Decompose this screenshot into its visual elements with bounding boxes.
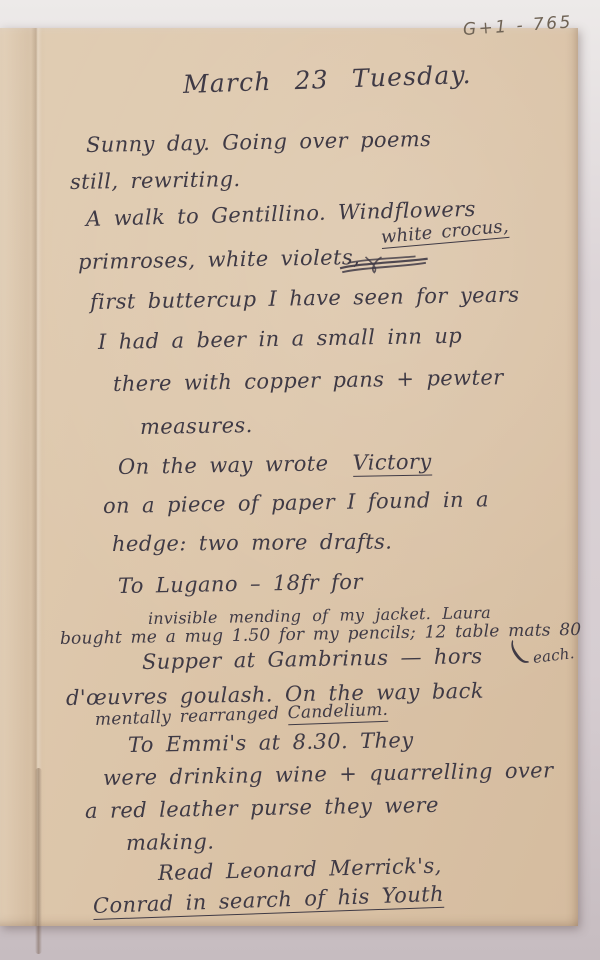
line-text: On the way wrote bbox=[118, 451, 329, 479]
handwritten-line: on a piece of paper I found in a bbox=[103, 487, 489, 518]
underlined-title-victory: Victory bbox=[352, 450, 432, 477]
archive-number: G+1 - 765 bbox=[462, 12, 573, 40]
handwritten-line: hedge: two more drafts. bbox=[112, 530, 393, 556]
scribble-strokes bbox=[337, 252, 430, 277]
handwritten-line: Sunny day. Going over poems bbox=[86, 127, 432, 157]
handwritten-line: To Emmi's at 8.30. They bbox=[128, 728, 414, 757]
underlined-title-conrad: Conrad in search of his Youth bbox=[93, 882, 445, 920]
handwritten-line: Conrad in search of his Youth bbox=[93, 882, 445, 918]
manuscript-page: G+1 - 765 March 23 Tuesday. Sunny day. G… bbox=[0, 28, 578, 926]
handwritten-line: a red leather purse they were bbox=[85, 793, 439, 823]
handwritten-wrap-word: each. bbox=[532, 644, 576, 667]
scanner-background: { "colors": { "ink": "#3f3a45", "pencil"… bbox=[0, 0, 600, 960]
handwritten-line: making. bbox=[126, 829, 215, 855]
handwritten-line: I had a beer in a small inn up bbox=[98, 324, 463, 354]
handwritten-line: On the way wrote Victory bbox=[118, 450, 432, 479]
handwritten-line: there with copper pans + pewter bbox=[113, 365, 504, 396]
handwritten-line: Supper at Gambrinus — hors bbox=[142, 644, 483, 674]
wrap-bracket: ( bbox=[501, 637, 535, 669]
strikethrough-scribble bbox=[337, 252, 430, 281]
underlined-word-candelium: Candelium. bbox=[287, 700, 388, 725]
handwritten-line: To Lugano – 18fr for bbox=[118, 570, 363, 598]
entry-date-heading: March 23 Tuesday. bbox=[182, 60, 472, 99]
handwritten-line: first buttercup I have seen for years bbox=[90, 283, 520, 314]
fold-crease-lower bbox=[35, 768, 42, 954]
handwritten-line: still, rewriting. bbox=[70, 167, 241, 194]
handwritten-line: measures. bbox=[140, 413, 253, 439]
handwritten-line: primroses, white violets, bbox=[78, 245, 361, 274]
handwritten-line: were drinking wine + quarrelling over bbox=[103, 758, 554, 790]
handwritten-line: Read Leonard Merrick's, bbox=[158, 854, 442, 885]
